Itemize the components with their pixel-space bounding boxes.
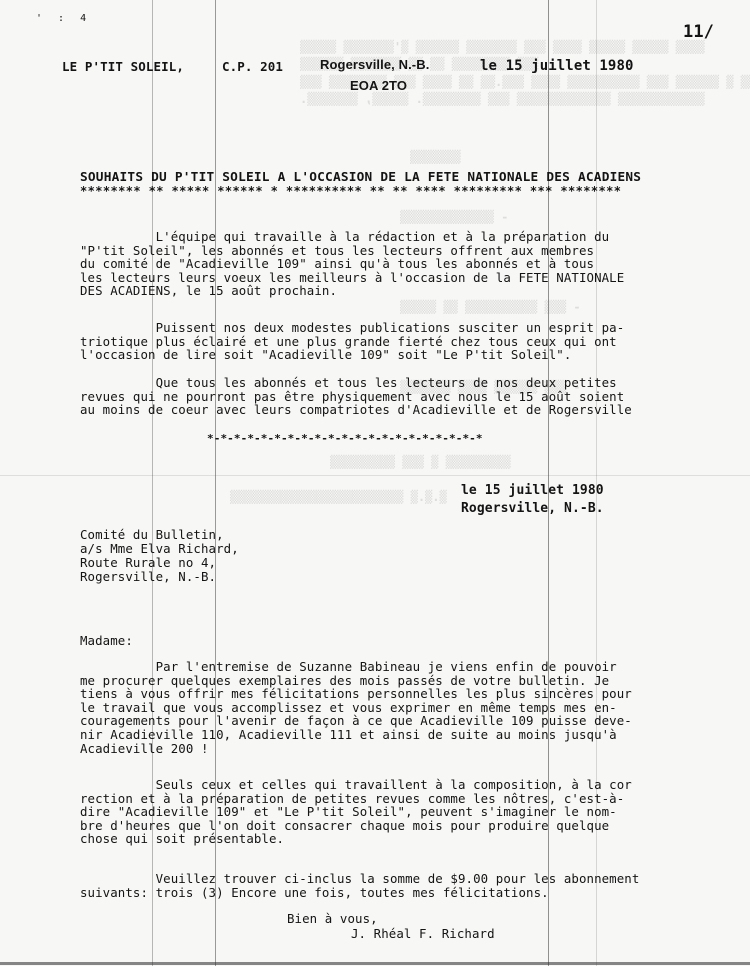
corner-marks: ' : 4	[36, 12, 91, 26]
header-town: Rogersville, N.-B.	[320, 58, 429, 72]
text-line: me procurer quelques exemplaires des moi…	[80, 674, 632, 688]
text-line: Que tous les abonnés et tous les lecteur…	[80, 376, 632, 390]
page-number: 11/	[683, 26, 714, 40]
show-through-text: - ▒▒▒ ▒▒▒▒▒▒▒▒▒▒ ▒▒ ▒▒▒▒▒	[400, 300, 581, 314]
show-through-text: ▒▒▒▒ ▒▒▒▒▒ ▒▒▒▒▒ ▒▒▒▒ ▒▒▒ ▒▒▒▒▒▒▒ ▒▒▒▒▒▒…	[300, 40, 705, 54]
text-line: les lecteurs leurs voeux les meilleurs à…	[80, 271, 624, 285]
letter-date: le 15 juillet 1980	[461, 484, 604, 498]
text-line: le travail que vous accomplissez et vous…	[80, 701, 632, 715]
text-line: Veuillez trouver ci-inclus la somme de $…	[80, 872, 639, 886]
letter-paragraph-1: Par l'entremise de Suzanne Babineau je v…	[80, 660, 632, 755]
text-line: L'équipe qui travaille à la rédaction et…	[80, 230, 624, 244]
show-through-text: ▒.▒.▒ ▒▒▒▒▒▒▒▒▒▒▒▒▒▒▒▒▒▒▒▒▒▒▒▒	[230, 490, 447, 504]
address-line: Route Rurale no 4,	[80, 556, 239, 570]
show-through-text: - ▒▒▒▒▒▒▒▒▒▒▒▒▒	[400, 210, 508, 224]
text-line: chose qui soit présentable.	[80, 832, 632, 846]
paragraph-2: Puissent nos deux modestes publications …	[80, 321, 624, 362]
text-line: dire "Acadieville 109" et "Le P'tit Sole…	[80, 805, 632, 819]
show-through-text: ▒▒▒▒▒▒▒	[410, 150, 461, 164]
text-line: suivants: trois (3) Encore une fois, tou…	[80, 886, 639, 900]
letter-place: Rogersville, N.-B.	[461, 502, 604, 516]
recipient-address: Comité du Bulletin, a/s Mme Elva Richard…	[80, 528, 239, 584]
text-line: couragements pour l'avenir de façon à ce…	[80, 714, 632, 728]
address-line: Comité du Bulletin,	[80, 528, 239, 542]
text-line: Acadieville 200 !	[80, 742, 632, 756]
show-through-text: ▒▒▒▒▒▒▒▒▒▒▒▒ ▒▒▒▒▒▒▒▒▒▒▒▒▒ ▒▒▒ ▒▒▒▒▒▒▒▒.…	[300, 92, 705, 106]
paragraph-1: L'équipe qui travaille à la rédaction et…	[80, 230, 624, 298]
text-line: l'occasion de lire soit "Acadieville 109…	[80, 348, 624, 362]
section-divider: *-*-*-*-*-*-*-*-*-*-*-*-*-*-*-*-*-*-*-*-…	[207, 432, 483, 446]
header-postal-code: EOA 2TO	[350, 79, 407, 93]
page-bottom-edge	[0, 962, 750, 965]
text-line: rection et à la préparation de petites r…	[80, 792, 632, 806]
fold-line	[0, 475, 750, 476]
text-line: Seuls ceux et celles qui travaillent à l…	[80, 778, 632, 792]
text-line: Puissent nos deux modestes publications …	[80, 321, 624, 335]
text-line: Par l'entremise de Suzanne Babineau je v…	[80, 660, 632, 674]
text-line: nir Acadieville 110, Acadieville 111 et …	[80, 728, 632, 742]
text-line: "P'tit Soleil", les abonnés et tous les …	[80, 244, 624, 258]
address-line: a/s Mme Elva Richard,	[80, 542, 239, 556]
paragraph-3: Que tous les abonnés et tous les lecteur…	[80, 376, 632, 417]
text-line: tiens à vous offrir mes félicitations pe…	[80, 687, 632, 701]
text-line: bre d'heures que l'on doit consacrer cha…	[80, 819, 632, 833]
letter-paragraph-3: Veuillez trouver ci-inclus la somme de $…	[80, 872, 639, 899]
po-box: C.P. 201	[222, 60, 283, 74]
address-line: Rogersville, N.-B.	[80, 570, 239, 584]
salutation: Madame:	[80, 634, 133, 648]
text-line: triotique plus éclairé et une plus grand…	[80, 335, 624, 349]
letter-paragraph-2: Seuls ceux et celles qui travaillent à l…	[80, 778, 632, 846]
show-through-text: ▒▒▒▒▒▒▒▒▒ ▒ ▒▒▒ ▒▒▒▒▒▒▒▒▒	[330, 455, 511, 469]
page-title: SOUHAITS DU P'TIT SOLEIL A L'OCCASION DE…	[80, 171, 641, 185]
text-line: revues qui ne pourront pas être physique…	[80, 390, 632, 404]
title-underline: ******** ** ***** ****** * ********** **…	[80, 185, 621, 199]
scanned-page: ▒▒▒▒ ▒▒▒▒▒ ▒▒▒▒▒ ▒▒▒▒ ▒▒▒ ▒▒▒▒▒▒▒ ▒▒▒▒▒▒…	[0, 0, 750, 966]
signature: J. Rhéal F. Richard	[351, 927, 495, 941]
header-date: le 15 juillet 1980	[480, 60, 634, 74]
text-line: au moins de coeur avec leurs compatriote…	[80, 403, 632, 417]
text-line: du comité de "Acadieville 109" ainsi qu'…	[80, 257, 624, 271]
publication-name: LE P'TIT SOLEIL,	[62, 60, 184, 74]
closing: Bien à vous,	[287, 912, 378, 926]
text-line: DES ACADIENS, le 15 août prochain.	[80, 284, 624, 298]
